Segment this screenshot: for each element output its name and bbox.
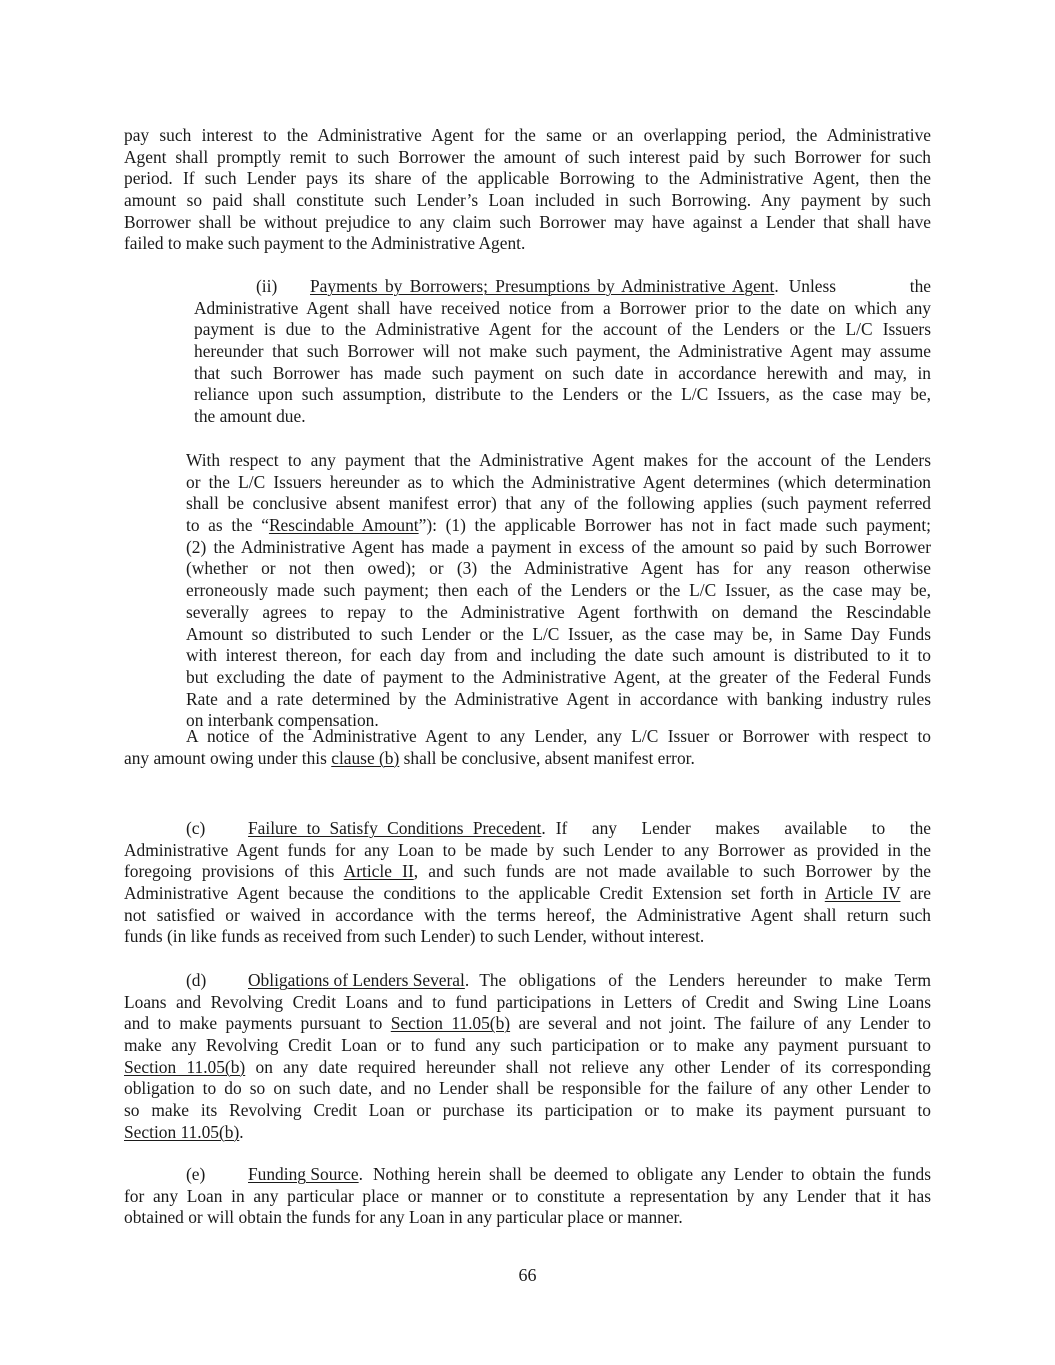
- text-run: obligation to do so on such date, and no…: [124, 1078, 931, 1098]
- text-line: that such Borrower has made such payment…: [194, 363, 931, 385]
- text-line: (d)Obligations of Lenders Several.The ob…: [124, 970, 931, 992]
- text-run: A notice of the Administrative Agent to …: [186, 726, 931, 746]
- text-run: foregoing provisions of this: [124, 861, 344, 881]
- text-line: obligation to do so on such date, and no…: [124, 1078, 931, 1100]
- text-line: Borrower shall be without prejudice to a…: [124, 212, 931, 234]
- text-run: Administrative Agent funds for any Loan …: [124, 840, 931, 860]
- text-run: with interest thereon, for each day from…: [186, 645, 931, 665]
- text-line: (whether or not then owed); or (3) the A…: [186, 558, 931, 580]
- section-heading: Payments by Borrowers; Presumptions by A…: [310, 276, 774, 298]
- text-run: ”): (1) the applicable Borrower has not …: [419, 515, 931, 535]
- text-line: reliance upon such assumption, distribut…: [194, 384, 931, 406]
- text-run: shall be conclusive absent manifest erro…: [186, 493, 931, 513]
- text-run: any amount owing under this: [124, 748, 331, 768]
- text-run: obtained or will obtain the funds for an…: [124, 1207, 683, 1227]
- text-run: period. If such Lender pays its share of…: [124, 168, 931, 188]
- text-line: (ii)Payments by Borrowers; Presumptions …: [194, 276, 931, 298]
- text-run: Administrative Agent because the conditi…: [124, 883, 825, 903]
- text-line: Amount so distributed to such Lender or …: [186, 624, 931, 646]
- text-line: shall be conclusive absent manifest erro…: [186, 493, 931, 515]
- text-run: Unless the: [779, 276, 931, 298]
- cross-reference-link: Rescindable Amount: [269, 515, 419, 535]
- text-run: and to make payments pursuant to: [124, 1013, 391, 1033]
- text-run: .: [239, 1122, 243, 1142]
- text-line: amount so paid shall constitute such Len…: [124, 190, 931, 212]
- text-run: make any Revolving Credit Loan or to fun…: [124, 1035, 931, 1055]
- text-line: (c)Failure to Satisfy Conditions Precede…: [124, 818, 931, 840]
- document-page: pay such interest to the Administrative …: [0, 0, 1055, 1365]
- text-run: are several and not joint. The failure o…: [510, 1013, 931, 1033]
- text-line: Loans and Revolving Credit Loans and to …: [124, 992, 931, 1014]
- paragraph-rescindable-amount: With respect to any payment that the Adm…: [186, 450, 931, 732]
- text-line: A notice of the Administrative Agent to …: [124, 726, 931, 748]
- text-line: to as the “Rescindable Amount”): (1) the…: [186, 515, 931, 537]
- text-line: payment is due to the Administrative Age…: [194, 319, 931, 341]
- text-line: so make its Revolving Credit Loan or pur…: [124, 1100, 931, 1122]
- text-line: or the L/C Issuers hereunder as to which…: [186, 472, 931, 494]
- text-run: amount so paid shall constitute such Len…: [124, 190, 931, 210]
- cross-reference-link: Section 11.05(b): [124, 1057, 245, 1077]
- text-line: Administrative Agent shall have received…: [194, 298, 931, 320]
- text-run: (whether or not then owed); or (3) the A…: [186, 558, 931, 578]
- text-run: Nothing herein shall be deemed to obliga…: [363, 1164, 931, 1186]
- cross-reference-link: Section 11.05(b): [391, 1013, 510, 1033]
- text-run: are: [900, 883, 931, 903]
- text-run: Loans and Revolving Credit Loans and to …: [124, 992, 931, 1012]
- text-run: funds (in like funds as received from su…: [124, 926, 704, 946]
- text-run: hereunder that such Borrower will not ma…: [194, 341, 931, 361]
- text-line: Administrative Agent funds for any Loan …: [124, 840, 931, 862]
- text-line: Section 11.05(b).: [124, 1122, 931, 1144]
- text-run: , and such funds are not made available …: [414, 861, 931, 881]
- section-enumerator: (c): [186, 818, 248, 840]
- text-run: pay such interest to the Administrative …: [124, 125, 931, 145]
- text-run: for any Loan in any particular place or …: [124, 1186, 931, 1206]
- section-heading: Failure to Satisfy Conditions Precedent: [248, 818, 541, 840]
- cross-reference-link: Article II: [344, 861, 414, 881]
- paragraph-carryover: pay such interest to the Administrative …: [124, 125, 931, 255]
- text-line: but excluding the date of payment to the…: [186, 667, 931, 689]
- text-run: reliance upon such assumption, distribut…: [194, 384, 931, 404]
- text-run: Amount so distributed to such Lender or …: [186, 624, 931, 644]
- text-run: not satisfied or waived in accordance wi…: [124, 905, 931, 925]
- section-enumerator: (ii): [256, 276, 310, 298]
- text-line: foregoing provisions of this Article II,…: [124, 861, 931, 883]
- text-run: to as the “: [186, 515, 269, 535]
- section-heading: Funding Source: [248, 1164, 359, 1186]
- text-line: make any Revolving Credit Loan or to fun…: [124, 1035, 931, 1057]
- paragraph-notice: A notice of the Administrative Agent to …: [124, 726, 931, 769]
- text-line: any amount owing under this clause (b) s…: [124, 748, 931, 770]
- text-run: The obligations of the Lenders hereunder…: [469, 970, 931, 992]
- text-run: so make its Revolving Credit Loan or pur…: [124, 1100, 931, 1120]
- text-run: erroneously made such payment; then each…: [186, 580, 931, 600]
- section-heading: Obligations of Lenders Several: [248, 970, 465, 992]
- text-line: not satisfied or waived in accordance wi…: [124, 905, 931, 927]
- text-run: the amount due.: [194, 406, 306, 426]
- text-line: With respect to any payment that the Adm…: [186, 450, 931, 472]
- text-line: erroneously made such payment; then each…: [186, 580, 931, 602]
- text-line: and to make payments pursuant to Section…: [124, 1013, 931, 1035]
- text-line: period. If such Lender pays its share of…: [124, 168, 931, 190]
- text-line: Rate and a rate determined by the Admini…: [186, 689, 931, 711]
- cross-reference-link: Section 11.05(b): [124, 1122, 239, 1142]
- text-run: shall be conclusive, absent manifest err…: [399, 748, 695, 768]
- text-run: Administrative Agent shall have received…: [194, 298, 931, 318]
- cross-reference-link: clause (b): [331, 748, 399, 768]
- text-run: or the L/C Issuers hereunder as to which…: [186, 472, 931, 492]
- section-enumerator: (e): [186, 1164, 248, 1186]
- section-e-funding-source: (e)Funding Source.Nothing herein shall b…: [124, 1164, 931, 1229]
- text-run: Agent shall promptly remit to such Borro…: [124, 147, 931, 167]
- text-run: Borrower shall be without prejudice to a…: [124, 212, 931, 232]
- paragraph-ii: (ii)Payments by Borrowers; Presumptions …: [194, 276, 931, 428]
- text-line: for any Loan in any particular place or …: [124, 1186, 931, 1208]
- section-c-failure-to-satisfy-conditions: (c)Failure to Satisfy Conditions Precede…: [124, 818, 931, 948]
- text-run: Rate and a rate determined by the Admini…: [186, 689, 931, 709]
- text-line: the amount due.: [194, 406, 931, 428]
- text-line: severally agrees to repay to the Adminis…: [186, 602, 931, 624]
- text-line: hereunder that such Borrower will not ma…: [194, 341, 931, 363]
- text-line: with interest thereon, for each day from…: [186, 645, 931, 667]
- text-run: on any date required hereunder shall not…: [245, 1057, 931, 1077]
- text-line: failed to make such payment to the Admin…: [124, 233, 931, 255]
- text-run: payment is due to the Administrative Age…: [194, 319, 931, 339]
- text-line: obtained or will obtain the funds for an…: [124, 1207, 931, 1229]
- text-line: (2) the Administrative Agent has made a …: [186, 537, 931, 559]
- text-line: pay such interest to the Administrative …: [124, 125, 931, 147]
- text-line: funds (in like funds as received from su…: [124, 926, 931, 948]
- text-run: that such Borrower has made such payment…: [194, 363, 931, 383]
- text-run: failed to make such payment to the Admin…: [124, 233, 525, 253]
- text-run: but excluding the date of payment to the…: [186, 667, 931, 687]
- text-line: Section 11.05(b) on any date required he…: [124, 1057, 931, 1079]
- section-d-obligations-of-lenders: (d)Obligations of Lenders Several.The ob…: [124, 970, 931, 1144]
- page-number: 66: [0, 1264, 1055, 1286]
- text-run: (2) the Administrative Agent has made a …: [186, 537, 931, 557]
- text-run: If any Lender makes available to the: [546, 818, 931, 840]
- text-run: With respect to any payment that the Adm…: [186, 450, 931, 470]
- text-run: severally agrees to repay to the Adminis…: [186, 602, 931, 622]
- text-line: Agent shall promptly remit to such Borro…: [124, 147, 931, 169]
- text-line: Administrative Agent because the conditi…: [124, 883, 931, 905]
- cross-reference-link: Article IV: [825, 883, 901, 903]
- text-line: (e)Funding Source.Nothing herein shall b…: [124, 1164, 931, 1186]
- section-enumerator: (d): [186, 970, 248, 992]
